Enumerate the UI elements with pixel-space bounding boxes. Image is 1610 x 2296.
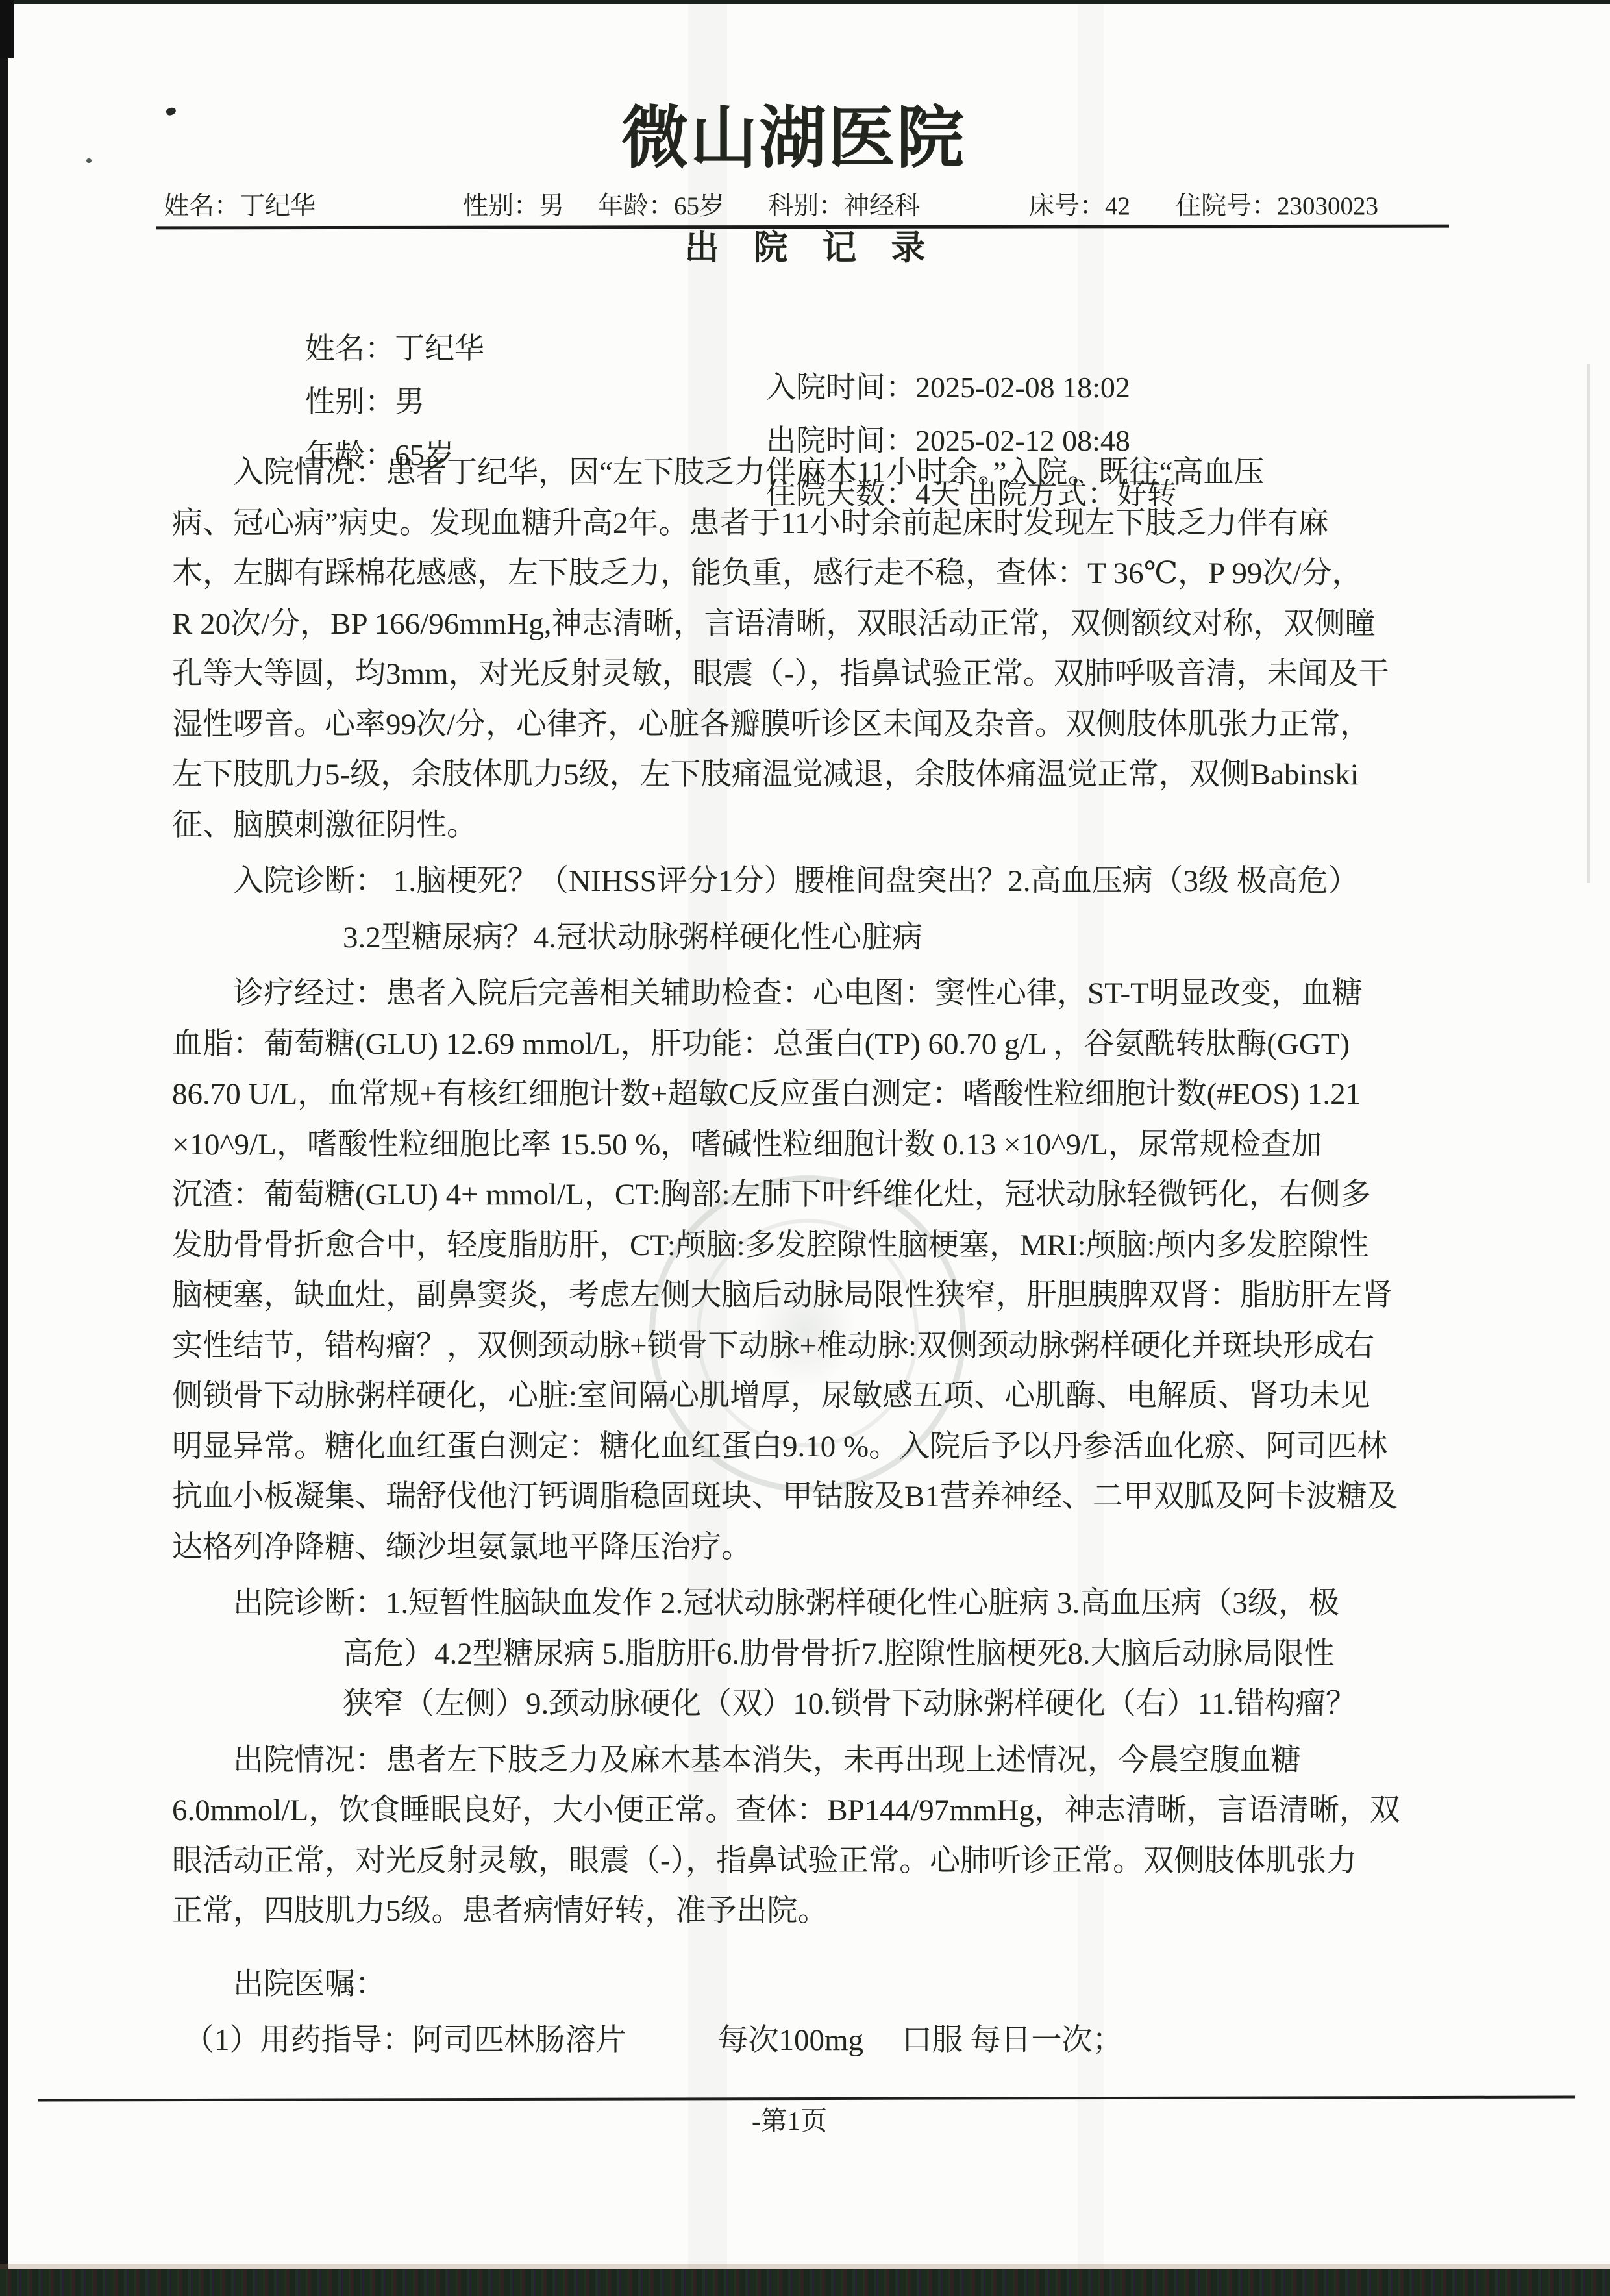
scan-edge-left xyxy=(0,0,8,2296)
document-title: 出 院 记 录 xyxy=(0,227,1610,269)
scan-edge-bottom-fade xyxy=(0,2264,1610,2269)
body-line: 明显异常。糖化血红蛋白测定：糖化血红蛋白9.10 %。入院后予以丹参活血化瘀、阿… xyxy=(172,1422,1548,1473)
scan-edge-top xyxy=(0,0,1610,4)
body-line: 病、冠心病”病史。发现血糖升高2年。患者于11小时余前起床时发现左下肢乏力伴有麻 xyxy=(172,499,1548,549)
body-line: 眼活动正常，对光反射灵敏，眼震（-），指鼻试验正常。心肺听诊正常。双侧肢体肌张力 xyxy=(172,1836,1548,1887)
scan-edge-bottom xyxy=(0,2269,1610,2296)
admission-diagnosis-line: 3.2型糖尿病？4.冠状动脉粥样硬化性心脏病 xyxy=(172,913,1548,964)
discharge-orders-heading: 出院医嘱： xyxy=(172,1960,1548,2010)
body-line: 实性结节，错构瘤？，双侧颈动脉+锁骨下动脉+椎动脉:双侧颈动脉粥样硬化并斑块形成… xyxy=(172,1321,1548,1372)
body-line: 脑梗塞，缺血灶，副鼻窦炎，考虑左侧大脑后动脉局限性狭窄，肝胆胰脾双肾：脂肪肝左肾 xyxy=(172,1271,1548,1321)
bed-number-field: 床号：42 xyxy=(1029,190,1130,223)
body-line: 湿性啰音。心率99次/分，心律齐，心脏各瓣膜听诊区未闻及杂音。双侧肢体肌张力正常… xyxy=(172,700,1548,751)
scan-streak xyxy=(1587,364,1590,883)
body-line: 正常，四肢肌力5级。患者病情好转，准予出院。 xyxy=(172,1886,1548,1937)
body-line: 孔等大等圆，均3mm，对光反射灵敏，眼震（-），指鼻试验正常。双肺呼吸音清，未闻… xyxy=(172,649,1548,700)
scan-edge-corner xyxy=(0,0,14,58)
body-line: 血脂：葡萄糖(GLU) 12.69 mmol/L，肝功能：总蛋白(TP) 60.… xyxy=(172,1019,1548,1070)
body-line: 侧锁骨下动脉粥样硬化，心脏:室间隔心肌增厚，尿敏感五项、心肌酶、电解质、肾功未见 xyxy=(172,1371,1548,1422)
record-body: 入院情况：患者丁纪华，因“左下肢乏力伴麻木11小时余。”入院。既往“高血压 病、… xyxy=(172,448,1548,2066)
page-number: -第1页 xyxy=(752,2104,827,2138)
patient-sex-field: 性别：男 xyxy=(463,190,564,223)
body-line: 沉渣：葡萄糖(GLU) 4+ mmol/L，CT:胸部:左肺下叶纤维化灶，冠状动… xyxy=(172,1170,1548,1221)
medication-instruction-line: （1）用药指导：阿司匹林肠溶片 每次100mg 口服 每日一次； xyxy=(172,2015,1548,2066)
body-line: 征、脑膜刺激征阴性。 xyxy=(172,801,1548,851)
treatment-course-line: 诊疗经过：患者入院后完善相关辅助检查：心电图：窦性心律，ST-T明显改变，血糖 xyxy=(172,969,1548,1019)
info-admission-time: 入院时间：2025-02-08 18:02 xyxy=(766,368,1130,407)
admission-diagnosis-line: 入院诊断： 1.脑梗死？（NIHSS评分1分）腰椎间盘突出？2.高血压病（3级 … xyxy=(172,856,1548,907)
info-sex: 性别：男 xyxy=(305,382,425,421)
body-line: 入院情况：患者丁纪华，因“左下肢乏力伴麻木11小时余。”入院。既往“高血压 xyxy=(172,448,1548,499)
patient-name-field: 姓名：丁纪华 xyxy=(164,190,316,223)
body-line: 86.70 U/L，血常规+有核红细胞计数+超敏C反应蛋白测定：嗜酸性粒细胞计数… xyxy=(172,1069,1548,1120)
body-line: R 20次/分，BP 166/96mmHg,神志清晰，言语清晰，双眼活动正常，双… xyxy=(172,599,1548,650)
discharge-record-scan: 微山湖医院 姓名：丁纪华 性别：男 年龄：65岁 科别：神经科 床号：42 住院… xyxy=(0,0,1610,2296)
body-line: 发肋骨骨折愈合中，轻度脂肪肝，CT:颅脑:多发腔隙性脑梗塞，MRI:颅脑:颅内多… xyxy=(172,1221,1548,1271)
body-line: 木，左脚有踩棉花感感，左下肢乏力，能负重，感行走不稳，查体：T 36℃，P 99… xyxy=(172,549,1548,599)
footer-divider-line xyxy=(38,2096,1575,2102)
discharge-condition-line: 出院情况：患者左下肢乏力及麻木基本消失，未再出现上述情况，今晨空腹血糖 xyxy=(172,1736,1548,1786)
patient-age-field: 年龄：65岁 xyxy=(598,190,724,223)
body-line: ×10^9/L，嗜酸性粒细胞比率 15.50 %，嗜碱性粒细胞计数 0.13 ×… xyxy=(172,1120,1548,1171)
body-line: 左下肢肌力5-级，余肢体肌力5级，左下肢痛温觉减退，余肢体痛温觉正常，双侧Bab… xyxy=(172,750,1548,801)
info-name: 姓名：丁纪华 xyxy=(305,329,484,368)
department-field: 科别：神经科 xyxy=(768,190,920,223)
admission-number-field: 住院号：23030023 xyxy=(1176,190,1378,223)
body-line: 达格列净降糖、缬沙坦氨氯地平降压治疗。 xyxy=(172,1523,1548,1573)
body-line: 6.0mmol/L，饮食睡眠良好，大小便正常。查体：BP144/97mmHg，神… xyxy=(172,1786,1548,1836)
scan-speck xyxy=(86,158,92,163)
hospital-name-title: 微山湖医院 xyxy=(0,101,1587,177)
discharge-diagnosis-line: 出院诊断：1.短暂性脑缺血发作 2.冠状动脉粥样硬化性心脏病 3.高血压病（3级… xyxy=(172,1578,1548,1629)
discharge-diagnosis-line: 高危）4.2型糖尿病 5.脂肪肝6.肋骨骨折7.腔隙性脑梗死8.大脑后动脉局限性 xyxy=(172,1629,1548,1680)
body-line: 抗血小板凝集、瑞舒伐他汀钙调脂稳固斑块、甲钴胺及B1营养神经、二甲双胍及阿卡波糖… xyxy=(172,1472,1548,1523)
discharge-diagnosis-line: 狭窄（左侧）9.颈动脉硬化（双）10.锁骨下动脉粥样硬化（右）11.错构瘤？ xyxy=(172,1679,1548,1730)
